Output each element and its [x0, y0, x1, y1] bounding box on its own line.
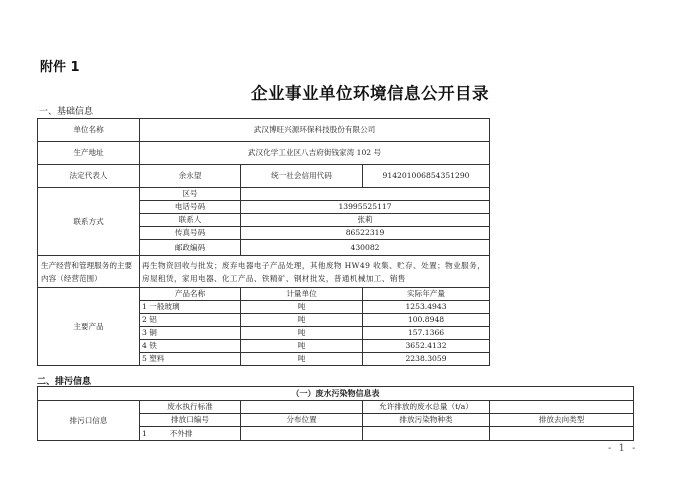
- wastewater-table-title: （一）废水污染物信息表: [38, 387, 634, 401]
- contact-field-value: 13995525117: [241, 201, 490, 214]
- outlet-id-cell: 1 不外排: [140, 427, 241, 441]
- products-header-row: 主要产品 产品名称 计量单位 实际年产量: [38, 288, 490, 301]
- products-label: 主要产品: [38, 288, 140, 366]
- col-destination: 排放去向类型: [490, 414, 634, 427]
- legal-rep-value: 余永望: [140, 165, 241, 188]
- page-number: - 1 -: [608, 443, 637, 454]
- business-scope-value: 再生物资回收与批发；废弃电器电子产品处理，其他废物 HW49 收集、贮存、处置；…: [140, 256, 490, 288]
- product-amount: 157.1366: [363, 327, 490, 340]
- product-unit: 吨: [241, 327, 363, 340]
- outlet-location: [241, 427, 363, 441]
- product-unit: 吨: [241, 340, 363, 353]
- product-name: 3 铜: [140, 327, 241, 340]
- contact-field-label: 区号: [140, 188, 241, 201]
- product-amount: 2238.3059: [363, 353, 490, 366]
- product-amount: 1253.4943: [363, 301, 490, 314]
- col-location: 分布位置: [241, 414, 363, 427]
- products-header-amount: 实际年产量: [363, 288, 490, 301]
- document-title: 企业事业单位环境信息公开目录: [0, 80, 700, 104]
- basic-info-table: 单位名称 武汉博旺兴源环保科技股份有限公司 生产地址 武汉化学工业区八吉府街钱家…: [37, 118, 490, 366]
- product-name: 4 铁: [140, 340, 241, 353]
- row-legal-rep: 法定代表人 余永望 统一社会信用代码 914201006854351290: [38, 165, 490, 188]
- products-header-unit: 计量单位: [241, 288, 363, 301]
- contact-field-value: [241, 188, 490, 201]
- business-scope-label: 生产经营和管理服务的主要内容（经营范围）: [38, 256, 140, 288]
- outlet-id: 1: [142, 429, 147, 438]
- address-label: 生产地址: [38, 142, 140, 165]
- legal-rep-label: 法定代表人: [38, 165, 140, 188]
- product-unit: 吨: [241, 353, 363, 366]
- row-business-scope: 生产经营和管理服务的主要内容（经营范围） 再生物资回收与批发；废弃电器电子产品处…: [38, 256, 490, 288]
- contact-field-value: 86522319: [241, 227, 490, 240]
- unit-name-label: 单位名称: [38, 119, 140, 142]
- credit-code-value: 914201006854351290: [363, 165, 490, 188]
- contact-label: 联系方式: [38, 188, 140, 256]
- contact-field-label: 传真号码: [140, 227, 241, 240]
- attachment-label: 附件 1: [40, 56, 80, 75]
- section-heading-basic-info: 一、基础信息: [39, 104, 93, 117]
- row-unit-name: 单位名称 武汉博旺兴源环保科技股份有限公司: [38, 119, 490, 142]
- address-value: 武汉化学工业区八吉府街钱家湾 102 号: [140, 142, 490, 165]
- col-pollutants: 排放污染物种类: [363, 414, 490, 427]
- standard-value: [241, 401, 363, 414]
- outlet-name: 不外排: [170, 429, 193, 438]
- product-amount: 100.8948: [363, 314, 490, 327]
- contact-field-label: 电话号码: [140, 201, 241, 214]
- products-header-name: 产品名称: [140, 288, 241, 301]
- contact-field-value: 430082: [241, 240, 490, 256]
- outlet-info-label: 排污口信息: [38, 401, 140, 441]
- wastewater-title-row: （一）废水污染物信息表: [38, 387, 634, 401]
- outlet-pollutants: [363, 427, 490, 441]
- contact-row: 联系方式 区号: [38, 188, 490, 201]
- col-outlet-id: 排放口编号: [140, 414, 241, 427]
- contact-field-label: 联系人: [140, 214, 241, 227]
- product-unit: 吨: [241, 301, 363, 314]
- product-name: 2 铝: [140, 314, 241, 327]
- product-amount: 3652.4132: [363, 340, 490, 353]
- wastewater-table: （一）废水污染物信息表 排污口信息 废水执行标准 允许排放的废水总量（t/a） …: [37, 386, 634, 441]
- standard-row: 排污口信息 废水执行标准 允许排放的废水总量（t/a）: [38, 401, 634, 414]
- contact-field-label: 邮政编码: [140, 240, 241, 256]
- product-unit: 吨: [241, 314, 363, 327]
- allowed-total-value: [490, 401, 634, 414]
- row-address: 生产地址 武汉化学工业区八吉府街钱家湾 102 号: [38, 142, 490, 165]
- product-name: 1 一般玻璃: [140, 301, 241, 314]
- outlet-destination: [490, 427, 634, 441]
- product-name: 5 塑料: [140, 353, 241, 366]
- credit-code-label: 统一社会信用代码: [241, 165, 363, 188]
- standard-label: 废水执行标准: [140, 401, 241, 414]
- contact-field-value: 张莉: [241, 214, 490, 227]
- allowed-total-label: 允许排放的废水总量（t/a）: [363, 401, 490, 414]
- unit-name-value: 武汉博旺兴源环保科技股份有限公司: [140, 119, 490, 142]
